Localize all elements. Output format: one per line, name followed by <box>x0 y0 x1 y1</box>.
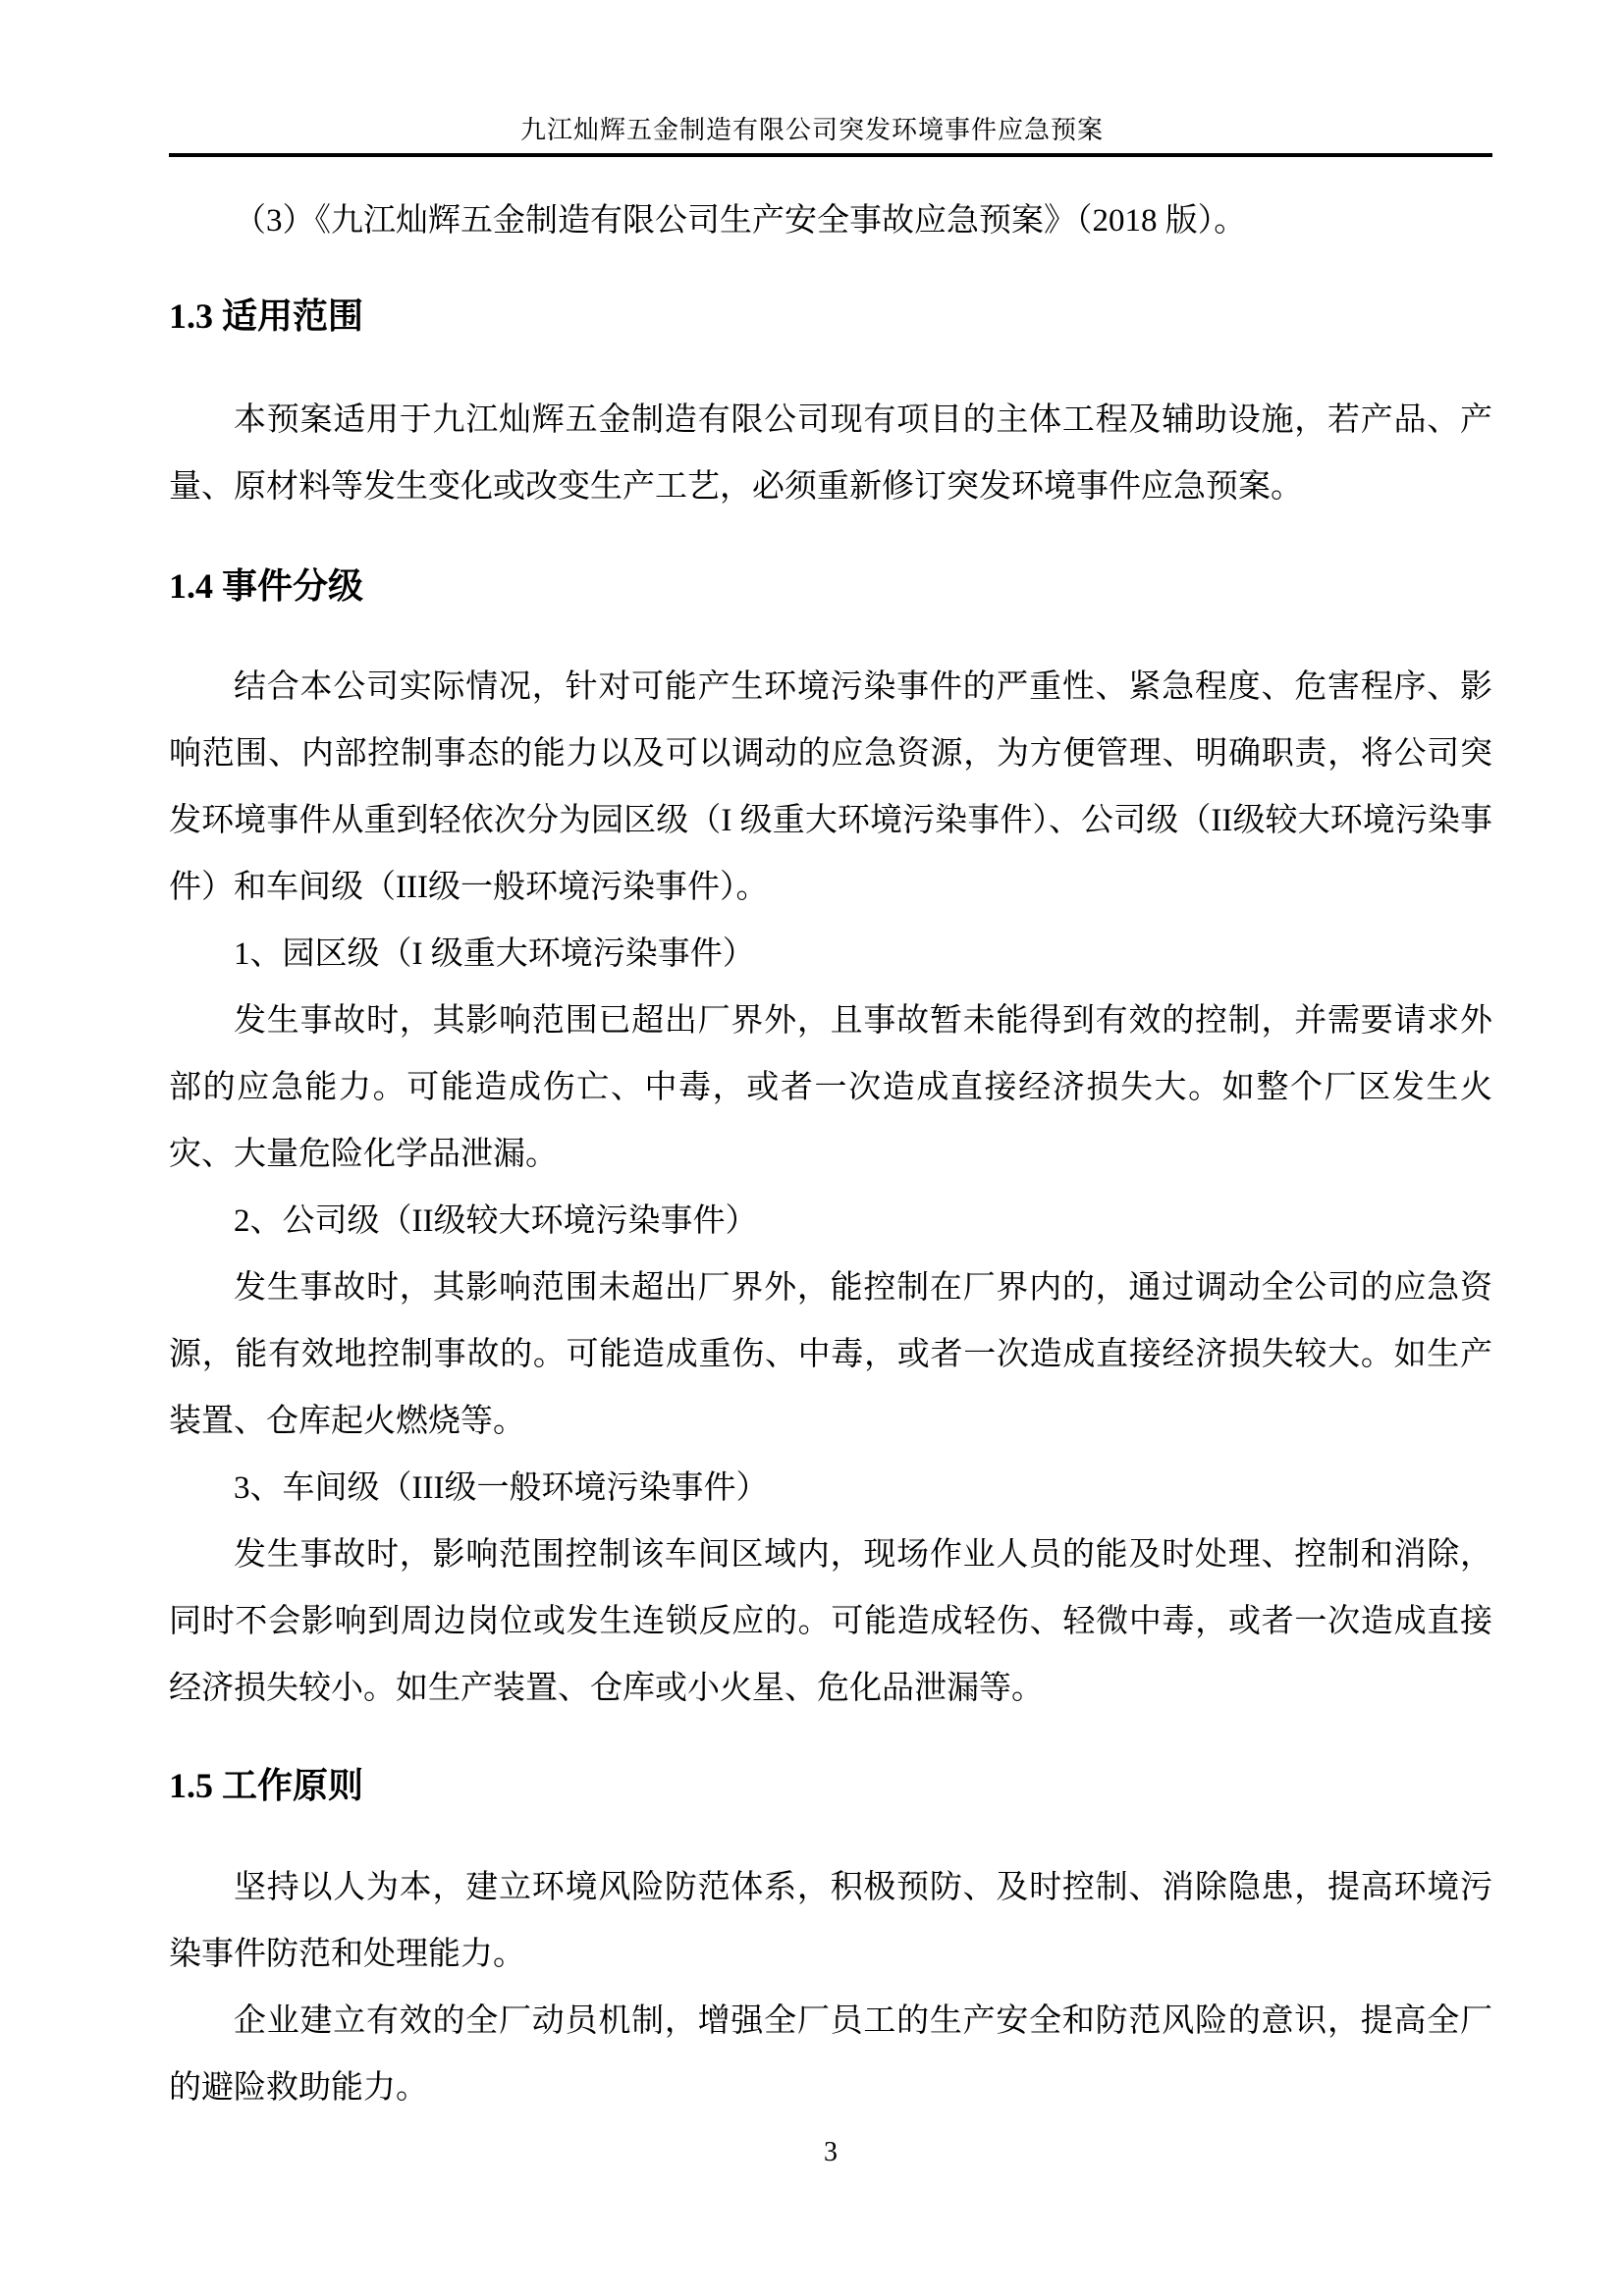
section-1-5-paragraph-2: 企业建立有效的全厂动员机制，增强全厂员工的生产安全和防范风险的意识，提高全厂的避… <box>169 1988 1492 2121</box>
section-1-3-paragraph: 本预案适用于九江灿辉五金制造有限公司现有项目的主体工程及辅助设施，若产品、产量、… <box>169 387 1492 520</box>
section-1-5-paragraph-1: 坚持以人为本，建立环境风险防范体系，积极预防、及时控制、消除隐患，提高环境污染事… <box>169 1854 1492 1988</box>
section-heading-1-3: 1.3 适用范围 <box>169 292 1492 341</box>
level-3-item-description: 发生事故时，影响范围控制该车间区域内，现场作业人员的能及时处理、控制和消除，同时… <box>169 1522 1492 1722</box>
page-header: 九江灿辉五金制造有限公司突发环境事件应急预案 <box>0 0 1624 157</box>
level-2-item-title: 2、公司级（II级较大环境污染事件） <box>169 1188 1492 1255</box>
section-heading-1-5: 1.5 工作原则 <box>169 1761 1492 1810</box>
level-1-item-description: 发生事故时，其影响范围已超出厂界外，且事故暂未能得到有效的控制，并需要请求外部的… <box>169 988 1492 1188</box>
section-1-4-intro-paragraph: 结合本公司实际情况，针对可能产生环境污染事件的严重性、紧急程度、危害程序、影响范… <box>169 654 1492 921</box>
level-1-item-title: 1、园区级（I 级重大环境污染事件） <box>169 921 1492 988</box>
section-heading-1-4: 1.4 事件分级 <box>169 561 1492 611</box>
document-content: （3）《九江灿辉五金制造有限公司生产安全事故应急预案》（2018 版）。 1.3… <box>169 187 1492 2167</box>
reference-item-3: （3）《九江灿辉五金制造有限公司生产安全事故应急预案》（2018 版）。 <box>169 187 1492 254</box>
document-page: 九江灿辉五金制造有限公司突发环境事件应急预案 （3）《九江灿辉五金制造有限公司生… <box>0 0 1624 2296</box>
level-2-item-description: 发生事故时，其影响范围未超出厂界外，能控制在厂界内的，通过调动全公司的应急资源，… <box>169 1255 1492 1455</box>
header-title: 九江灿辉五金制造有限公司突发环境事件应急预案 <box>0 0 1624 145</box>
header-rule <box>169 153 1492 157</box>
page-number: 3 <box>824 2137 838 2167</box>
page-footer: 3 <box>169 2138 1492 2167</box>
level-3-item-title: 3、车间级（III级一般环境污染事件） <box>169 1455 1492 1522</box>
